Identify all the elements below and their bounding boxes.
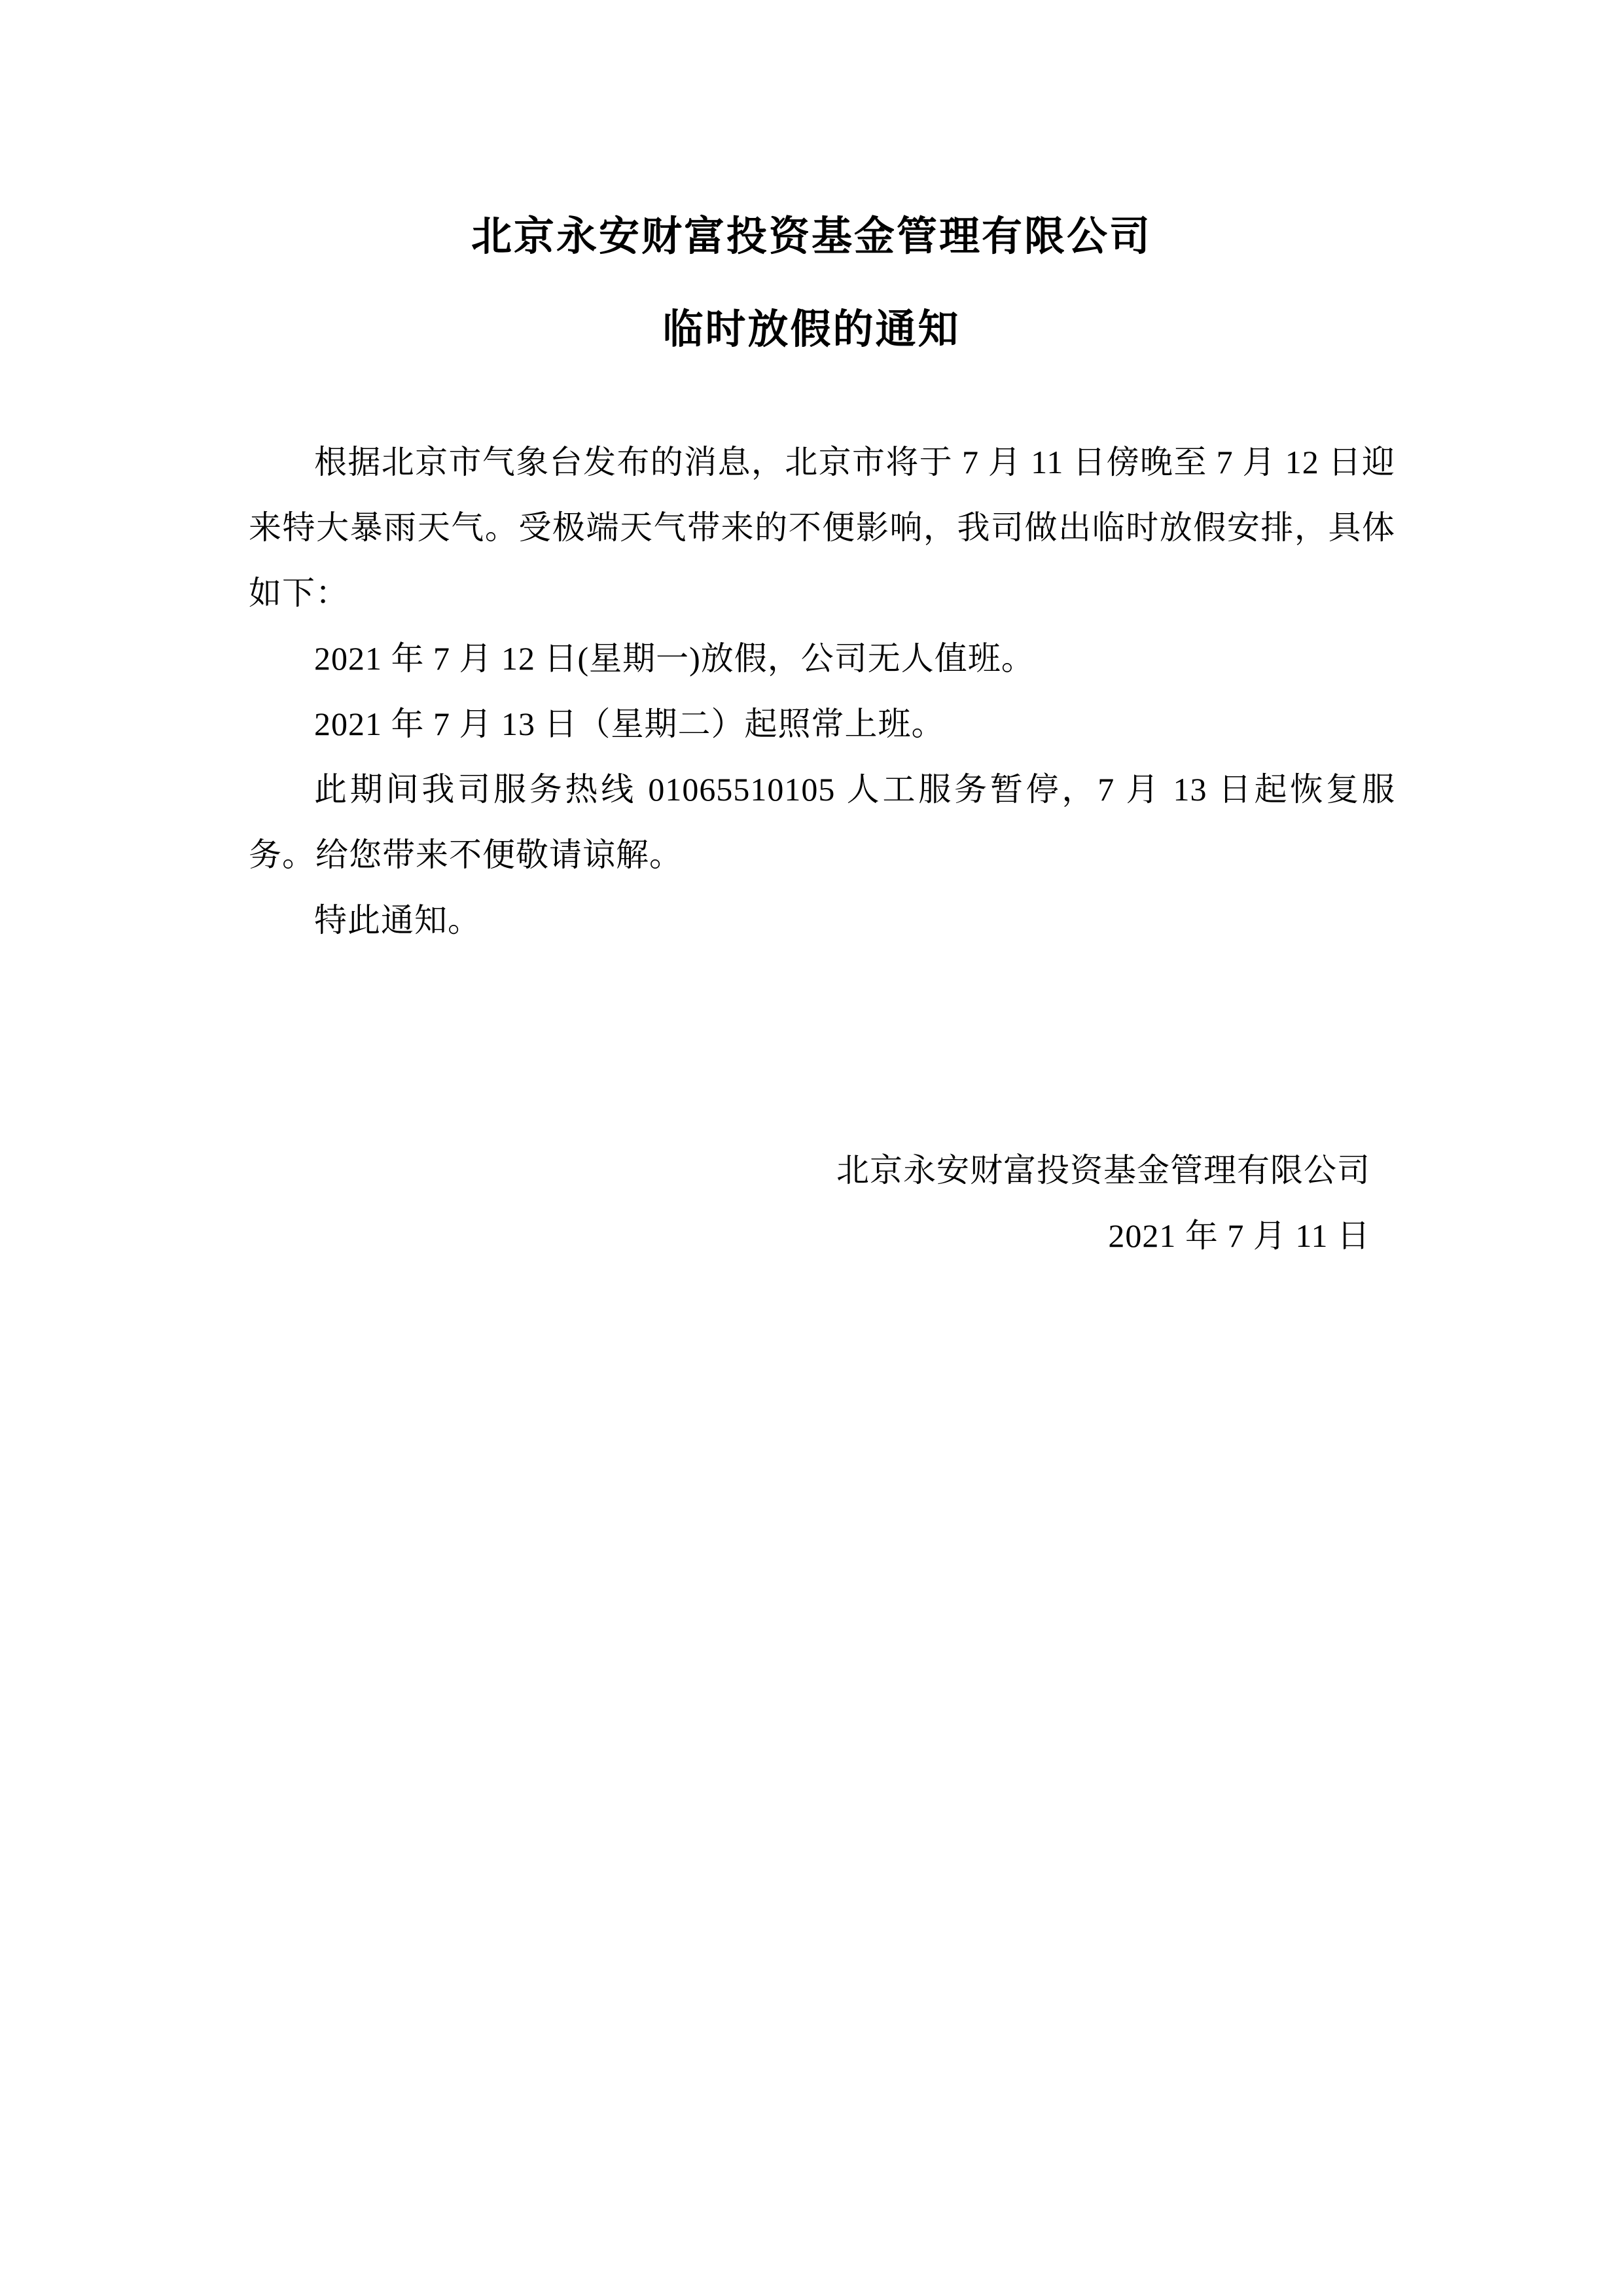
signature-date: 2021 年 7 月 11 日: [249, 1203, 1395, 1268]
paragraph-weather-intro: 根据北京市气象台发布的消息，北京市将于 7 月 11 日傍晚至 7 月 12 日…: [249, 429, 1395, 626]
paragraph-holiday-date: 2021 年 7 月 12 日(星期一)放假，公司无人值班。: [249, 626, 1395, 691]
paragraph-work-resume-date: 2021 年 7 月 13 日（星期二）起照常上班。: [249, 691, 1395, 757]
signature-company-name: 北京永安财富投资基金管理有限公司: [249, 1138, 1395, 1203]
document-body: 根据北京市气象台发布的消息，北京市将于 7 月 11 日傍晚至 7 月 12 日…: [249, 429, 1395, 953]
document-page: 北京永安财富投资基金管理有限公司 临时放假的通知 根据北京市气象台发布的消息，北…: [0, 0, 1623, 2296]
paragraph-hotline-notice: 此期间我司服务热线 01065510105 人工服务暂停，7 月 13 日起恢复…: [249, 757, 1395, 888]
document-title-company: 北京永安财富投资基金管理有限公司: [0, 213, 1623, 260]
signature-block: 北京永安财富投资基金管理有限公司 2021 年 7 月 11 日: [249, 1138, 1395, 1268]
paragraph-closing: 特此通知。: [249, 888, 1395, 953]
document-title-subject: 临时放假的通知: [0, 306, 1623, 353]
